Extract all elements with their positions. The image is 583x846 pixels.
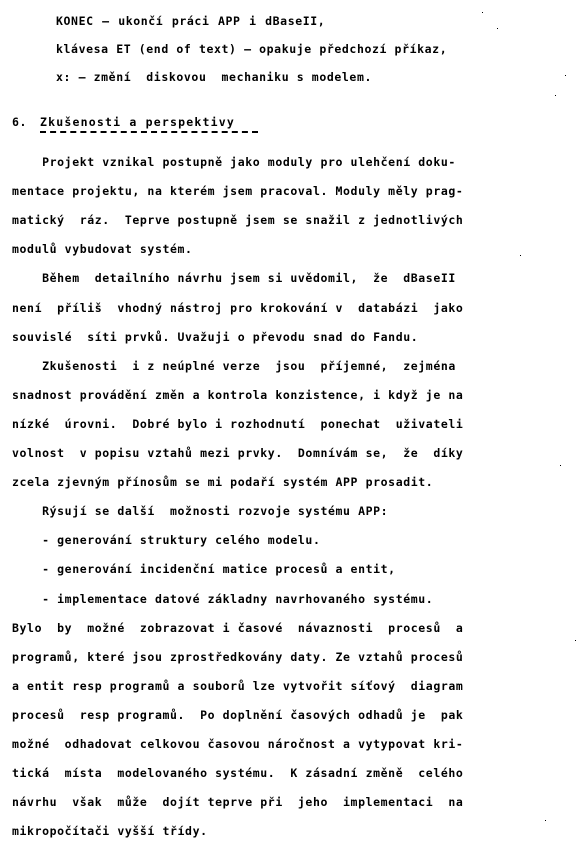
body-line: - implementace datové základny navrhovan…	[12, 592, 433, 606]
body-line: snadnost provádění změn a kontrola konzi…	[12, 388, 463, 402]
body-line: není příliš vhodný nástroj pro krokování…	[12, 301, 463, 315]
body-line: - generování incidenční matice procesů a…	[12, 562, 396, 576]
body-line: procesů resp programů. Po doplnění časov…	[12, 708, 463, 722]
scan-speck	[482, 12, 483, 13]
body-line: a entit resp programů a souborů lze vytv…	[12, 679, 463, 693]
scan-speck	[545, 820, 546, 821]
section-number: 6.	[12, 115, 27, 129]
body-line: Rýsují se další možnosti rozvoje systému…	[12, 504, 388, 518]
scan-speck	[555, 95, 556, 96]
scan-speck	[497, 28, 498, 29]
command-drive-change: x: – změní diskovou mechaniku s modelem.	[56, 70, 372, 84]
body-line: souvislé síti prvků. Uvažuji o převodu s…	[12, 330, 418, 344]
body-line: tická místa modelovaného systému. K zása…	[12, 766, 463, 780]
body-line: Projekt vznikal postupně jako moduly pro…	[12, 155, 456, 169]
body-line: - generování struktury celého modelu.	[12, 533, 320, 547]
body-line: zcela zjevným přínosům se mi podaří syst…	[12, 475, 433, 489]
body-line: volnost v popisu vztahů mezi prvky. Domn…	[12, 446, 463, 460]
scan-speck	[565, 75, 566, 76]
body-line: mikropočítači vyšší třídy.	[12, 824, 208, 838]
body-line: možné odhadovat celkovou časovou náročno…	[12, 737, 463, 751]
command-et-key: klávesa ET (end of text) – opakuje předc…	[56, 42, 447, 56]
scan-speck	[560, 465, 561, 466]
scanned-document-page: KONEC – ukončí práci APP i dBaseII, kláv…	[0, 0, 583, 846]
body-line: návrhu však může dojít teprve při jeho i…	[12, 795, 463, 809]
body-line: matický ráz. Teprve postupně jsem se sna…	[12, 213, 463, 227]
body-line: Během detailního návrhu jsem si uvědomil…	[12, 271, 456, 285]
body-line: mentace projektu, na kterém jsem pracova…	[12, 184, 463, 198]
scan-speck	[520, 255, 521, 256]
body-line: Zkušenosti i z neúplné verze jsou příjem…	[12, 359, 456, 373]
body-line: Bylo by možné zobrazovat i časové návazn…	[12, 621, 463, 635]
body-line: nízké úrovni. Dobré bylo i rozhodnutí po…	[12, 417, 463, 431]
command-konec: KONEC – ukončí práci APP i dBaseII,	[56, 14, 325, 28]
section-title: Zkušenosti a perspektivy	[40, 115, 235, 129]
section-title-underline	[40, 131, 258, 133]
scan-speck	[575, 640, 576, 641]
body-line: programů, které jsou zprostředkovány dat…	[12, 650, 463, 664]
body-line: modulů vybudovat systém.	[12, 242, 193, 256]
